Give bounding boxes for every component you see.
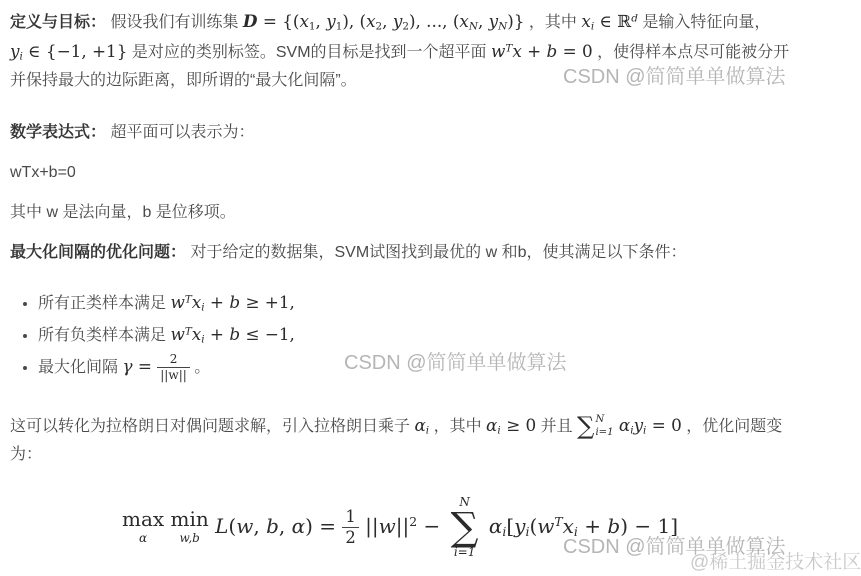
optimization-heading: 最大化间隔的优化问题： (10, 244, 186, 261)
text-run: 。 (194, 359, 210, 376)
watermark-juejin: @稀土掘金技术社区 (690, 547, 861, 574)
para-normal-vector-note: 其中 w 是法向量，b 是位移项。 (10, 199, 790, 227)
text-run: 是输入特征向量， (642, 14, 770, 31)
math-class-label: yi ∈ {−1, +1} (10, 41, 127, 61)
expression-heading: 数学表达式： (10, 124, 106, 141)
text-run: 所有负类样本满足 (38, 327, 170, 344)
article-page: 定义与目标： 假设我们有训练集 D = {(x1, y1), (x2, y2),… (0, 0, 861, 576)
text-run: 对于给定的数据集，SVM试图找到最优的 w 和b，使其满足以下条件： (190, 244, 686, 261)
text-run: 超平面可以表示为： (110, 124, 254, 141)
math-negative-constraint: wTxi + b ≤ −1, (170, 324, 294, 344)
para-optimization: 最大化间隔的优化问题： 对于给定的数据集，SVM试图找到最优的 w 和b，使其满… (10, 239, 790, 267)
para-expression: 数学表达式： 超平面可以表示为： (10, 119, 790, 147)
math-positive-constraint: wTxi + b ≥ +1, (170, 292, 294, 312)
text-run: ，其中 (529, 14, 581, 31)
math-alpha-nonnegative: αi ≥ 0 (486, 415, 536, 435)
text-run: 假设我们有训练集 (110, 14, 242, 31)
math-feature-vector: xi ∈ ℝd (581, 11, 638, 31)
text-run: ，其中 (434, 418, 486, 435)
watermark-csdn-middle: CSDN @简简单单做算法 (344, 346, 567, 375)
text-run: 所有正类样本满足 (38, 295, 170, 312)
math-sum-constraint: ∑Ni=1 αiyi = 0 (577, 415, 682, 435)
text-run: 最大化间隔 (38, 359, 122, 376)
text-run: 并且 (541, 418, 577, 435)
math-training-set: D = {(x1, y1), (x2, y2), ..., (xN, yN)} (243, 11, 525, 31)
watermark-csdn-top: CSDN @简简单单做算法 (563, 60, 786, 89)
para-lagrange-dual: 这可以转化为拉格朗日对偶问题求解，引入拉格朗日乘子 αi ，其中 αi ≥ 0 … (10, 411, 790, 469)
text-run: 是对应的类别标签。SVM的目标是找到一个超平面 (132, 44, 491, 61)
math-margin-formula: γ = 2||w|| (122, 356, 189, 376)
definition-heading: 定义与目标： (10, 14, 106, 31)
list-item-positive-class: 所有正类样本满足 wTxi + b ≥ +1, (38, 287, 790, 319)
math-hyperplane: wTx + b = 0 (491, 41, 593, 61)
text-run: 这可以转化为拉格朗日对偶问题求解，引入拉格朗日乘子 (10, 418, 414, 435)
math-alpha-multiplier: αi (414, 415, 429, 435)
hyperplane-plain-formula: wTx+b=0 (10, 159, 790, 187)
